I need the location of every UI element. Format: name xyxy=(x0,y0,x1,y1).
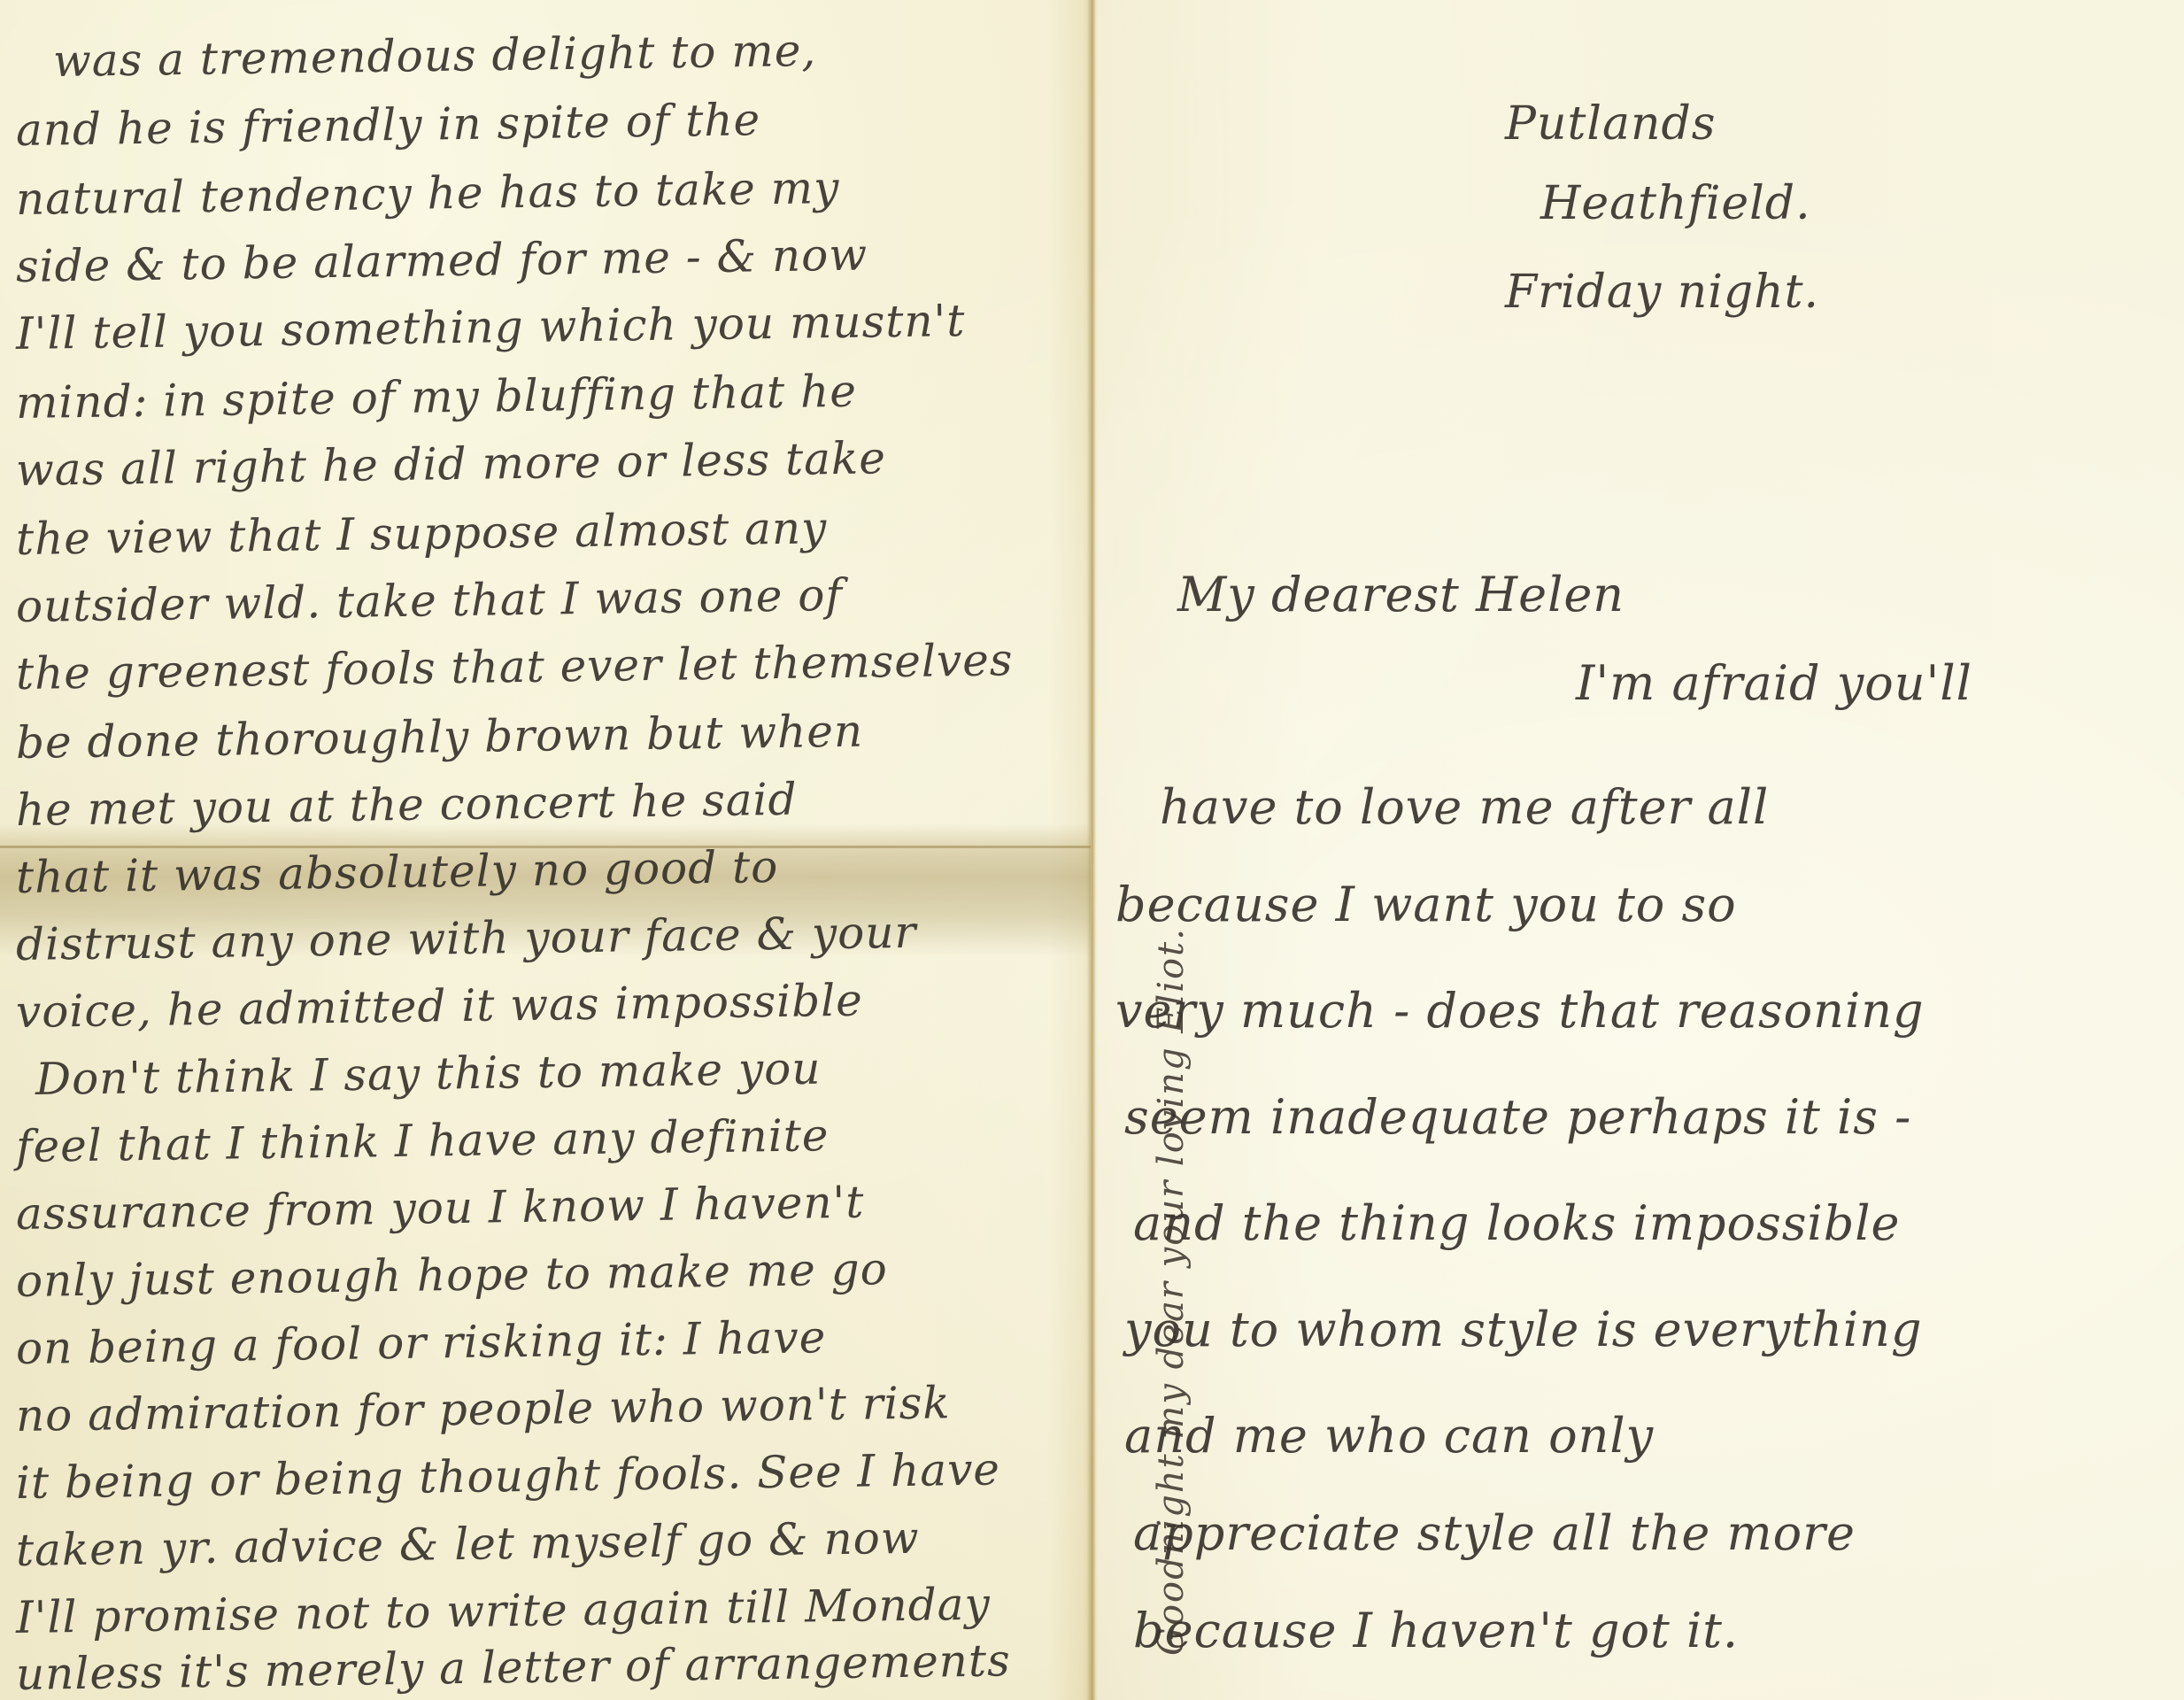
address-line-1: Putlands xyxy=(1505,97,1716,151)
right-line-5: seem inadequate perhaps it is - xyxy=(1124,1089,1911,1145)
left-line-14: distrust any one with your face & your xyxy=(16,907,917,970)
left-line-3: natural tendency he has to take my xyxy=(16,162,840,225)
left-line-16: Don't think I say this to make you xyxy=(35,1043,822,1105)
salutation: My dearest Helen xyxy=(1177,567,1624,622)
left-line-15: voice, he admitted it was impossible xyxy=(16,975,864,1038)
right-page: Putlands Heathfield. Friday night. My de… xyxy=(1098,0,2184,1700)
left-line-25: unless it's merely a letter of arrangeme… xyxy=(16,1634,1011,1700)
right-line-4: very much - does that reasoning xyxy=(1115,983,1925,1039)
right-line-9: appreciate style all the more xyxy=(1133,1505,1856,1561)
right-line-7: you to whom style is everything xyxy=(1124,1302,1923,1357)
vertical-fold-crease xyxy=(1087,0,1096,1700)
left-line-5: I'll tell you something which you mustn'… xyxy=(16,295,966,359)
left-line-23: taken yr. advice & let myself go & now xyxy=(16,1512,920,1576)
left-line-1: was a tremendous delight to me, xyxy=(53,25,817,87)
right-line-6: and the thing looks impossible xyxy=(1133,1195,1901,1251)
right-line-8: and me who can only xyxy=(1124,1408,1654,1464)
left-line-12: he met you at the concert he said xyxy=(16,774,798,836)
left-line-21: no admiration for people who won't risk xyxy=(16,1377,951,1441)
left-line-19: only just enough hope to make me go xyxy=(16,1243,889,1307)
left-line-4: side & to be alarmed for me - & now xyxy=(16,229,868,292)
left-line-8: the view that I suppose almost any xyxy=(16,502,828,565)
margin-note-signature: Goodnight my dear your loving Eliot. xyxy=(1151,927,1192,1656)
address-line-2: Heathfield. xyxy=(1540,177,1811,230)
left-line-13: that it was absolutely no good to xyxy=(16,841,779,903)
left-line-11: be done thoroughly brown but when xyxy=(16,706,864,769)
right-line-3: because I want you to so xyxy=(1115,877,1737,932)
left-page: was a tremendous delight to me, and he i… xyxy=(0,0,1087,1700)
right-line-10: because I haven't got it. xyxy=(1133,1603,1739,1658)
left-line-20: on being a fool or risking it: I have xyxy=(16,1311,827,1374)
left-line-2: and he is friendly in spite of the xyxy=(16,94,761,156)
left-line-22: it being or being thought fools. See I h… xyxy=(16,1443,1001,1509)
left-line-24: I'll promise not to write again till Mon… xyxy=(16,1579,992,1643)
right-line-2: have to love me after all xyxy=(1160,779,1769,835)
left-line-6: mind: in spite of my bluffing that he xyxy=(16,366,858,429)
left-line-7: was all right he did more or less take xyxy=(16,432,887,496)
left-line-17: feel that I think I have any definite xyxy=(16,1109,830,1172)
dateline: Friday night. xyxy=(1505,266,1819,319)
right-line-1: I'm afraid you'll xyxy=(1576,655,1972,711)
left-line-10: the greenest fools that ever let themsel… xyxy=(16,634,1014,699)
left-line-18: assurance from you I know I haven't xyxy=(16,1177,865,1240)
left-line-9: outsider wld. take that I was one of xyxy=(16,569,844,632)
